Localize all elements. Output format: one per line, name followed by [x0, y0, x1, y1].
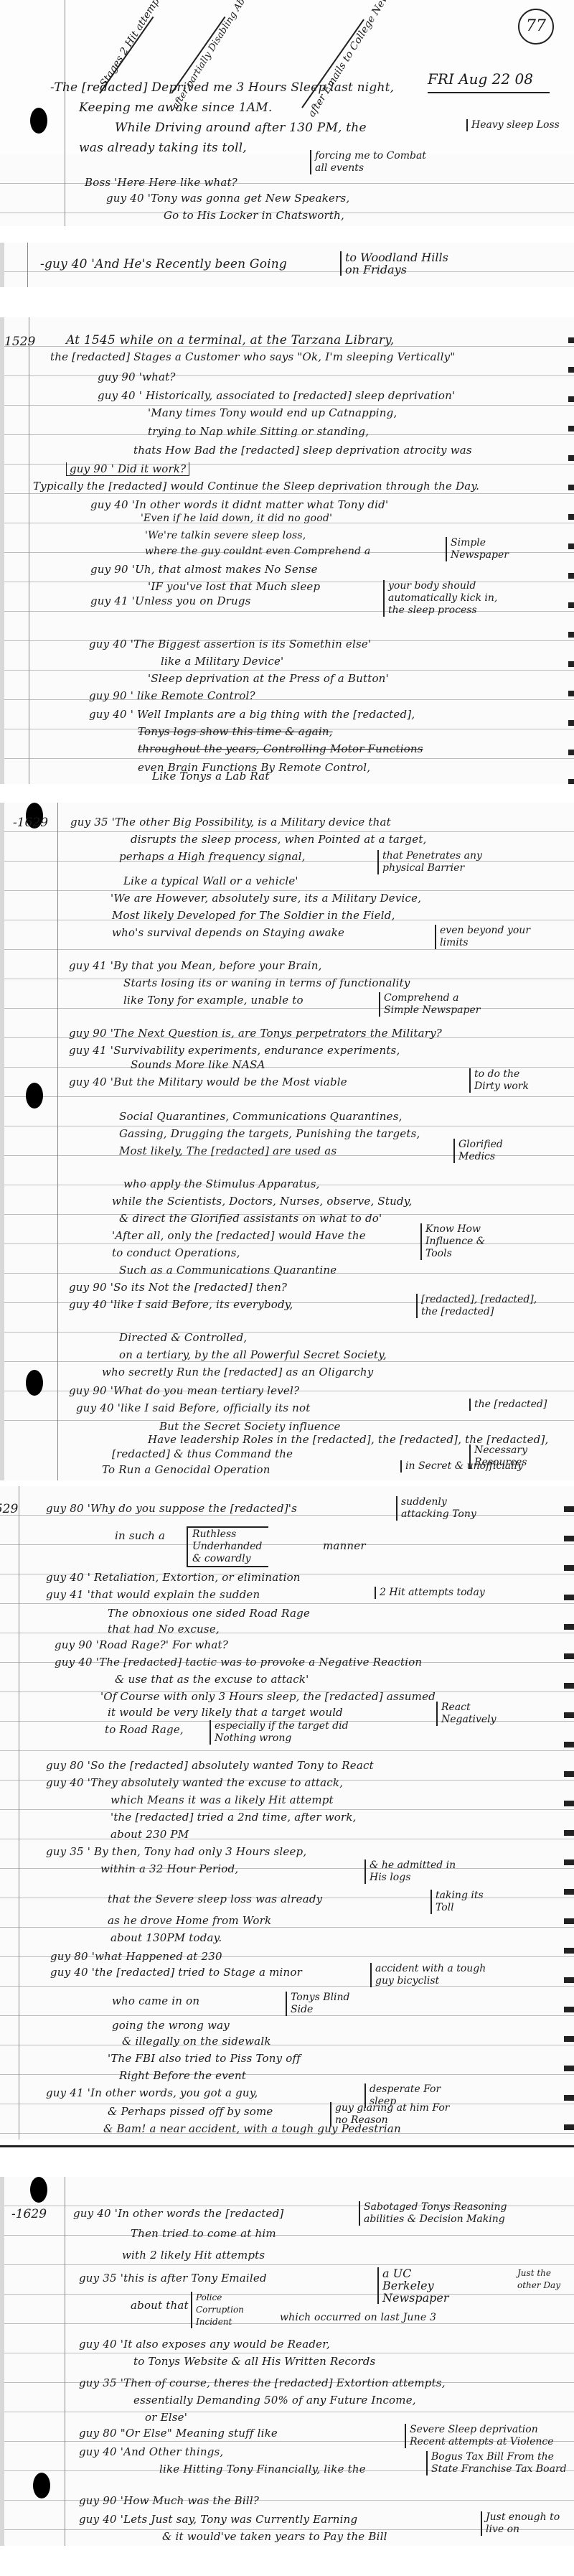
notebook-strip-3: -1629 guy 35 'The other Big Possibility,…: [0, 803, 574, 1463]
text-line: manner: [323, 1539, 366, 1552]
text-line: who secretly Run the [redacted] as an Ol…: [102, 1366, 373, 1378]
entry-time: -1629: [13, 816, 48, 830]
binder-hole: [30, 108, 47, 134]
text-line: going the wrong way: [112, 2019, 230, 2032]
margin-note: the [redacted]: [469, 1399, 560, 1411]
text-line: Keeping me awake since 1AM.: [79, 101, 273, 115]
text-line: & Perhaps pissed off by some: [108, 2105, 273, 2118]
margin-note: Sabotaged Tonys Reasoning abilities & De…: [359, 2201, 507, 2226]
text-line: guy 90 'Road Rage?' For what?: [55, 1638, 228, 1651]
text-line: & direct the Glorified assistants on wha…: [119, 1212, 382, 1225]
margin-note: Simple Newspaper: [446, 537, 515, 561]
text-line: who came in on: [112, 1994, 199, 2007]
margin-note: Severe Sleep deprivation Recent attempts…: [405, 2424, 568, 2448]
notebook-strip-1-continued: forcing me to Combat all events Boss 'He…: [0, 154, 574, 226]
text-line: 'After all, only the [redacted] would Ha…: [112, 1229, 366, 1242]
margin-note: & he admitted in His logs: [364, 1859, 470, 1884]
text-line: Social Quarantines, Communications Quara…: [119, 1110, 403, 1123]
text-line: 'Of Course with only 3 Hours sleep, the …: [100, 1690, 436, 1703]
text-line: guy 80 "Or Else" Meaning stuff like: [79, 2427, 278, 2440]
text-line: guy 40 'The Biggest assertion is its Som…: [89, 638, 371, 650]
text-line: that had No excuse,: [108, 1623, 220, 1635]
text-line: 'Sleep deprivation at the Press of a But…: [148, 672, 389, 685]
text-line: guy 35 'this is after Tony Emailed: [79, 2272, 267, 2285]
text-line: as he drove Home from Work: [108, 1914, 271, 1927]
margin-note: Know How Influence & Tools: [420, 1223, 504, 1260]
margin-line: [29, 317, 29, 784]
margin-note: forcing me to Combat all events: [310, 150, 437, 174]
page-number: 77: [518, 9, 554, 45]
text-line: guy 40 'But the Military would be the Mo…: [69, 1075, 347, 1088]
text-line: Directed & Controlled,: [119, 1331, 247, 1344]
text-line: which occurred on last June 3: [280, 2312, 436, 2323]
text-line: [redacted] & thus Command the: [112, 1447, 293, 1460]
text-line: -guy 40 'And He's Recently been Going: [40, 257, 287, 271]
text-line: guy 90 'How Much was the Bill?: [79, 2494, 259, 2507]
text-line: Most likely, The [redacted] are used as: [119, 1144, 337, 1157]
notebook-strip-1b: -guy 40 'And He's Recently been Going to…: [0, 243, 574, 287]
margin-note: suddenly attacking Tony: [396, 1496, 487, 1521]
text-line: like a Military Device': [161, 655, 283, 668]
text-line: guy 40 'In other words it didnt matter w…: [90, 498, 388, 511]
text-line: that the Severe sleep loss was already: [108, 1893, 322, 1905]
text-line: guy 40 'In other words the [redacted]: [73, 2207, 283, 2220]
text-line: Starts losing its or waning in terms of …: [123, 976, 410, 989]
text-line: like Tony for example, unable to: [123, 994, 304, 1007]
margin-note: especially if the target did Nothing wro…: [210, 1720, 351, 1745]
margin-note: Ruthless Underhanded & cowardly: [187, 1526, 268, 1567]
text-line: Then tried to come at him: [131, 2227, 276, 2240]
text-line: guy 35 ' By then, Tony had only 3 Hours …: [46, 1845, 306, 1858]
text-line: Right Before the event: [119, 2069, 246, 2082]
text-line: on a tertiary, by the all Powerful Secre…: [119, 1348, 387, 1361]
margin-line: [57, 803, 58, 1463]
text-line: guy 41 'Unless you on Drugs: [90, 594, 251, 607]
margin-note: [redacted], [redacted], the [redacted]: [416, 1294, 550, 1318]
text-line: guy 40 'the [redacted] tried to Stage a …: [50, 1966, 302, 1979]
text-line: about 230 PM: [110, 1828, 189, 1841]
spiral-binding: [568, 317, 574, 784]
text-line: to Tonys Website & all His Written Recor…: [133, 2355, 375, 2368]
text-line: trying to Nap while Sitting or standing,: [148, 425, 369, 438]
text-line: 'IF you've lost that Much sleep: [148, 580, 320, 593]
text-line: guy 41 'In other words, you got a guy,: [46, 2086, 258, 2099]
text-line: To Run a Genocidal Operation: [102, 1463, 270, 1476]
text-line: it would be very likely that a target wo…: [108, 1706, 343, 1719]
text-line: Like Tonys a Lab Rat: [152, 770, 270, 783]
spiral-binding: [564, 1486, 574, 2139]
text-line: & it would've taken years to Pay the Bil…: [162, 2530, 387, 2543]
text-line: Tonys logs show this time & again,: [138, 725, 333, 738]
text-line: guy 40 'The [redacted] tactic was to pro…: [55, 1656, 422, 1669]
text-line: But the Secret Society influence: [159, 1420, 341, 1433]
entry-time: 1529: [0, 1502, 18, 1516]
text-line: where the guy couldnt even Comprehend a: [145, 546, 370, 557]
text-line: guy 90 'What do you mean tertiary level?: [69, 1384, 299, 1397]
margin-line: [57, 1434, 58, 1480]
binder-hole: [26, 1083, 43, 1109]
text-line: which Means it was a likely Hit attempt: [110, 1793, 334, 1806]
text-line: guy 40 ' Retaliation, Extortion, or elim…: [46, 1571, 301, 1584]
text-line: & use that as the excuse to attack': [115, 1673, 309, 1686]
margin-line: [27, 243, 28, 287]
text-line: guy 40 'And Other things,: [79, 2445, 223, 2458]
text-line: guy 80 'Why do you suppose the [redacted…: [46, 1502, 297, 1515]
margin-note: Just the other Day: [514, 2267, 560, 2292]
text-line: to Road Rage,: [105, 1723, 184, 1736]
margin-note: Police Corruption Incident: [191, 2292, 253, 2328]
text-line: guy 41 'Survivability experiments, endur…: [69, 1044, 400, 1057]
notebook-strip-4: 1529 guy 80 'Why do you suppose the [red…: [0, 1486, 574, 2139]
text-line: guy 40 'like I said Before, officially i…: [76, 1401, 311, 1414]
margin-note: a UC Berkeley Newspaper: [377, 2267, 461, 2304]
text-line: Like a typical Wall or a vehicle': [123, 874, 298, 887]
binder-hole: [30, 2177, 47, 2203]
text-line: Typically the [redacted] would Continue …: [33, 480, 479, 493]
text-line: 'Many times Tony would end up Catnapping…: [148, 406, 397, 419]
text-line: in such a: [115, 1529, 165, 1542]
text-line: 'The FBI also tried to Piss Tony off: [108, 2052, 301, 2065]
diagonal-heading-1: Stages 2 Hit attempts: [98, 0, 166, 89]
margin-line: [65, 0, 65, 154]
text-line: Most likely Developed for The Soldier in…: [112, 909, 395, 922]
margin-note: in Secret & unofficially: [400, 1460, 556, 1473]
text-line: 'We're talkin severe sleep loss,: [145, 530, 306, 541]
margin-line: [65, 154, 65, 226]
text-line: guy 90 'what?: [98, 370, 176, 383]
binder-hole: [33, 2473, 50, 2498]
text-line: -The [redacted] Deprived me 3 Hours Slee…: [50, 80, 394, 95]
text-line: At 1545 while on a terminal, at the Tarz…: [66, 333, 394, 347]
margin-note: even beyond your limits: [435, 925, 540, 949]
text-line: thats How Bad the [redacted] sleep depri…: [133, 444, 472, 457]
text-line: about that: [131, 2299, 189, 2312]
text-line: Such as a Communications Quarantine: [119, 1264, 337, 1277]
text-line: guy 41 'By that you Mean, before your Br…: [69, 959, 322, 972]
text-line: guy 80 'So the [redacted] absolutely wan…: [46, 1759, 374, 1772]
notebook-strip-5: -1629 guy 40 'In other words the [redact…: [0, 2177, 574, 2546]
margin-note: your body should automatically kick in, …: [383, 580, 510, 617]
margin-note: 2 Hit attempts today: [375, 1587, 516, 1599]
text-line: guy 90 'Uh, that almost makes No Sense: [90, 563, 318, 576]
margin-note: to do the Dirty work: [469, 1068, 546, 1093]
text-line: disrupts the sleep process, when Pointed…: [131, 833, 427, 846]
margin-note: Just enough to live on: [481, 2511, 565, 2536]
text-line: & Bam! a near accident, with a tough guy…: [103, 2122, 401, 2135]
text-line: Boss 'Here Here like what?: [85, 176, 237, 189]
text-line: guy 40 'like I said Before, its everybod…: [69, 1298, 293, 1311]
text-line: While Driving around after 130 PM, the: [115, 121, 367, 135]
text-line: guy 40 ' Well Implants are a big thing w…: [89, 708, 415, 721]
text-line: throughout the years, Controlling Motor …: [138, 742, 423, 755]
text-line: guy 40 'Lets Just say, Tony was Currentl…: [79, 2513, 357, 2526]
margin-note: that Penetrates any physical Barrier: [377, 850, 526, 874]
text-line: essentially Demanding 50% of any Future …: [133, 2394, 416, 2407]
text-line: guy 35 'The other Big Possibility, is a …: [70, 816, 391, 829]
diagonal-heading-3: after Emails to College Newspaper: [306, 0, 410, 119]
text-line: guy 41 'that would explain the sudden: [46, 1588, 260, 1601]
notebook-strip-1: Stages 2 Hit attempts after partially Di…: [0, 0, 574, 154]
margin-note: to Woodland Hills on Fridays: [340, 251, 460, 276]
text-line: within a 32 Hour Period,: [100, 1862, 238, 1875]
margin-note: taking its Toll: [430, 1890, 500, 1914]
margin-note: Glorified Medics: [453, 1139, 523, 1163]
text-line: 'Even if he laid down, it did no good': [141, 513, 332, 524]
text-line: guy 90 'The Next Question is, are Tonys …: [69, 1027, 442, 1040]
text-line: guy 90 ' like Remote Control?: [89, 689, 255, 702]
text-line: with 2 likely Hit attempts: [122, 2249, 265, 2262]
text-line: guy 40 ' Historically, associated to [re…: [98, 389, 455, 402]
text-line: who apply the Stimulus Apparatus,: [123, 1177, 320, 1190]
text-line: or Else': [145, 2411, 187, 2424]
text-line: guy 40 'They absolutely wanted the excus…: [46, 1776, 343, 1789]
text-line: 'the [redacted] tried a 2nd time, after …: [110, 1811, 357, 1824]
text-line: about 130PM today.: [110, 1931, 222, 1944]
text-line: 'We are However, absolutely sure, its a …: [110, 892, 421, 905]
text-line: guy 40 'It also exposes any would be Rea…: [79, 2338, 330, 2351]
text-line: while the Scientists, Doctors, Nurses, o…: [112, 1195, 412, 1208]
text-line: & illegally on the sidewalk: [122, 2035, 271, 2048]
text-line: like Hitting Tony Financially, like the: [159, 2463, 366, 2475]
margin-note: Comprehend a Simple Newspaper: [379, 992, 484, 1017]
entry-time: -1629: [11, 2207, 47, 2221]
binder-hole: [26, 1370, 43, 1396]
strip-bottom-edge: [0, 2145, 574, 2147]
margin-note: accident with a tough guy bicyclist: [370, 1963, 504, 1987]
text-line: guy 90 ' Did it work?: [66, 462, 189, 476]
text-line: guy 90 'So its Not the [redacted] then?: [69, 1281, 287, 1294]
margin-note: React Negatively: [436, 1702, 506, 1726]
text-line: guy 40 'Tony was gonna get New Speakers,: [106, 192, 349, 205]
text-line: guy 80 'what Happened at 230: [50, 1950, 222, 1963]
text-line: the [redacted] Stages a Customer who say…: [50, 350, 455, 363]
entry-date: FRI Aug 22 08: [428, 70, 550, 93]
margin-note: Tonys Blind Side: [286, 1992, 370, 2016]
margin-note: Bogus Tax Bill From the State Franchise …: [426, 2451, 568, 2475]
text-line: guy 35 'Then of course, theres the [reda…: [79, 2376, 446, 2389]
text-line: Go to His Locker in Chatsworth,: [164, 209, 344, 222]
margin-note: Heavy sleep Loss: [466, 119, 565, 131]
text-line: Gassing, Drugging the targets, Punishing…: [119, 1127, 420, 1140]
text-line: was already taking its toll,: [79, 141, 247, 155]
margin-line: [19, 1486, 19, 2139]
notebook-strip-2: 1529 At 1545 while on a terminal, at the…: [0, 317, 574, 784]
text-line: perhaps a High frequency signal,: [119, 850, 306, 863]
text-line: Sounds More like NASA: [131, 1058, 265, 1071]
text-line: who's survival depends on Staying awake: [112, 926, 344, 939]
entry-time: 1529: [4, 335, 35, 349]
text-line: to conduct Operations,: [112, 1246, 240, 1259]
notebook-strip-3-tail: Have leadership Roles in the [redacted],…: [0, 1434, 574, 1480]
text-line: The obnoxious one sided Road Rage: [108, 1607, 310, 1620]
margin-line: [65, 2177, 65, 2546]
